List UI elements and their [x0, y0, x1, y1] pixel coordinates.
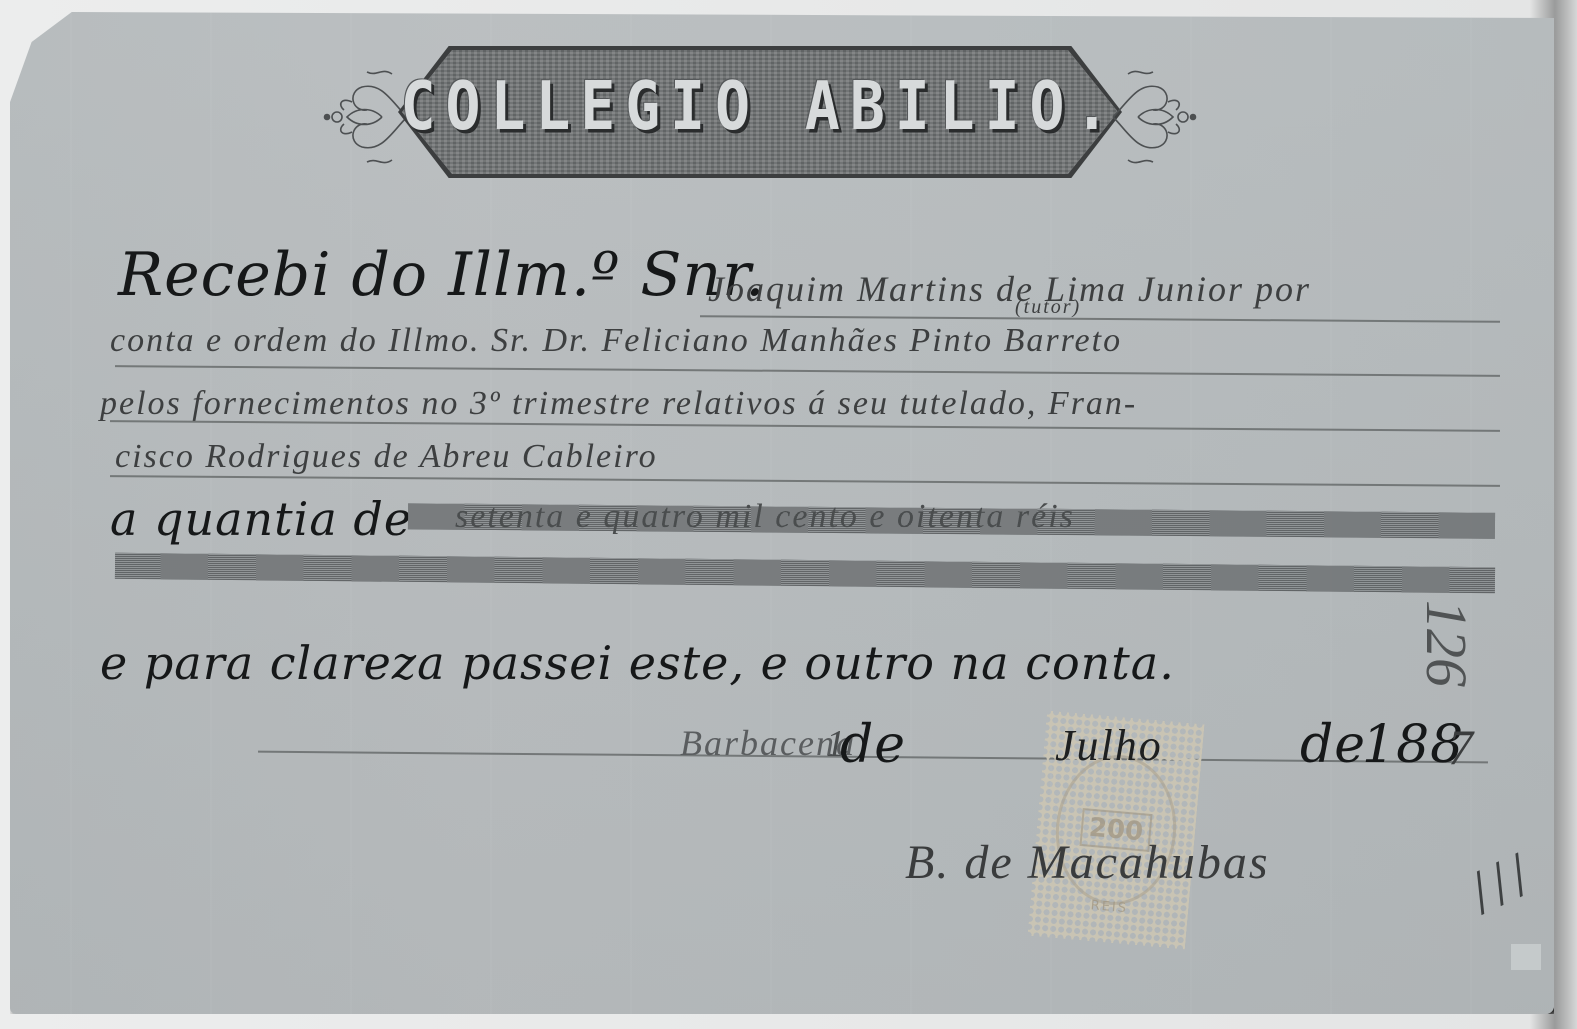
stamp-unit: REIS — [1090, 898, 1129, 916]
school-name-title: COLLEGIO ABILIO. — [322, 67, 1198, 145]
printed-de-2: de — [1300, 715, 1366, 775]
handwritten-tutor-annotation: (tutor) — [1015, 296, 1081, 319]
printed-closing-statement: e para clareza passei este, e outro na c… — [100, 636, 1175, 690]
handwritten-student-name: cisco Rodrigues de Abreu Cableiro — [115, 438, 658, 476]
margin-note-number: 126 — [1413, 600, 1480, 687]
signature: B. de Macahubas — [905, 835, 1270, 890]
ornament-flourish-right-icon — [1108, 62, 1198, 172]
header-banner: COLLEGIO ABILIO. — [322, 42, 1198, 184]
printed-de-1: de — [840, 715, 906, 775]
handwritten-amount-words: setenta e quatro mil cento e oitenta réi… — [455, 498, 1075, 536]
handwritten-payer-name: Joaquim Martins de Lima Junior por — [708, 268, 1311, 310]
handwritten-on-behalf-of: conta e ordem do Illmo. Sr. Dr. Felician… — [110, 322, 1122, 360]
handwritten-supplies-description: pelos fornecimentos no 3º trimestre rela… — [100, 385, 1137, 423]
printed-received-from: Recebi do Illm.º Snr. — [118, 240, 765, 310]
handwritten-month: Julho — [1055, 720, 1163, 771]
paper-tear-mark — [1511, 944, 1541, 970]
printed-amount-label: a quantia de — [110, 492, 412, 546]
handwritten-year-digit: 7 — [1448, 718, 1475, 776]
